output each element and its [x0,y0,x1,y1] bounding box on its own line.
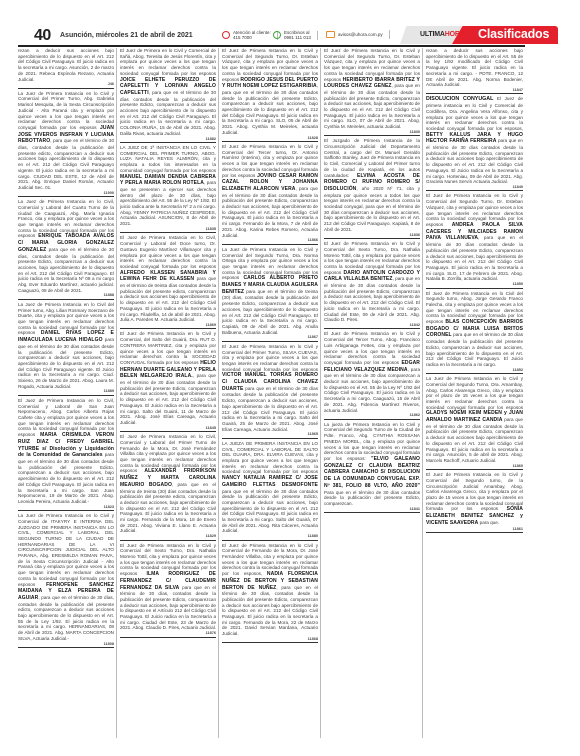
notice-text: El Juez de Primera Instancia en lo Civil… [222,344,318,372]
legal-notice: El Juez de Primera Instancia en lo Civil… [120,331,216,432]
notice-code: 11860 [426,464,523,469]
notice-text: para que en el término de treinta (30) d… [222,289,318,335]
notice-text: LA JUEZA DE PRIMERA INSTANCIA EN LO CIVI… [222,441,318,475]
notice-heading: DISOLUCION CONYUGAL [426,96,493,102]
notice-text: para que en el término de 30 días contad… [426,417,523,463]
section-title: Clasificados [478,27,549,41]
legal-notice: El Juez de Primera Instancia en lo Civil… [324,241,420,329]
notice-code: 11889 [18,389,114,394]
column-2: El Juez de Primera en lo Civil y Comerci… [120,48,219,738]
page-header: 40 Asunción, miércoles 21 de abril de 20… [0,26,580,44]
notice-text: , para que en el término de 30 días cont… [426,235,523,281]
column-3: El Juez de Primera Instancia en lo Civil… [222,48,321,738]
legal-notice: La Juez de Primera Instancia en lo Civil… [18,513,114,648]
notice-text: , para que en el término de 30 días cont… [324,276,420,322]
legal-notice: El Juzgado de Primera Instancia de la Ci… [324,138,420,239]
notice-code: J46 [18,82,114,87]
newspaper-page: 40 Asunción, miércoles 21 de abril de 20… [0,0,580,756]
notice-code: 11840 [426,185,523,190]
legal-notice: El Juez de Primera Instancia en lo Civil… [120,434,216,540]
legal-notice: El Juez de Primera Instancia en lo Civil… [222,344,318,439]
page-number: 40 [34,27,51,45]
legal-notice: El Juez de Primera Instancia en lo Civil… [324,331,420,419]
notice-code: 11842 [324,323,420,328]
contact-email: avisos@uhora.com.py [326,30,390,39]
notice-text: , para que en el término de 30 días cont… [120,373,216,425]
notice-text: para que. [478,520,499,525]
legal-notice: La Juez de Primera Instancia en lo Civil… [18,199,114,300]
column-5: rezan a deducir sus acciones bajo aperci… [426,48,525,738]
notice-code: 11841 [324,507,420,512]
notice-text: , para que en el término de 30 días, con… [18,595,114,641]
notice-text: La Juez de Primera Instancia en lo Civil… [18,513,114,586]
notice-code: 11852 [426,368,523,373]
phone-icon [222,31,230,39]
notice-text: El Juez de Primera Instancia en lo Civil… [120,235,216,269]
contact-whatsapp: Escribinos al 0981 111 013 [273,30,318,40]
legal-notice: El Juez de Primera Instancia en lo Civil… [18,398,114,511]
legal-notice: La jueza de Primera Instancia en lo Civi… [324,422,420,513]
notice-text: para que en el término de 30 días, conta… [18,247,114,293]
notice-text: para que en el término de 30 días contad… [222,489,318,534]
notice-text: para que en el término de 30 días contad… [222,386,318,432]
legal-notice: La Juez de Primera Instancia en lo Civil… [18,302,114,396]
legal-notice: El Juez de Primera Instancia en lo Civil… [222,144,318,245]
legal-notice: LA JUEZA DE PRIMERA INSTANCIA EN LO CIVI… [222,441,318,541]
notice-text: El Juez de Primera en lo Civil y Comerci… [120,48,216,76]
notice-text: , para que en el término de treinta (30)… [120,482,216,534]
notice-text: , para que se presenten a ejercer sus de… [120,180,216,226]
legal-notice: El Juez de Primera Instancia en lo Civil… [120,235,216,329]
notice-text: , para que en el término de 30 días comp… [324,367,420,413]
classified-columns: rezan a deducir sus acciones bajo aperci… [18,48,526,738]
legal-notice: El Juez de Primera Instancia en lo Civil… [222,543,318,644]
notice-code: 11861 [426,527,523,532]
contact-phone: Atención al cliente: 415 7000 [222,30,278,40]
notice-code: 11900 [18,191,114,196]
notice-text: , para que en el término de 30 días cont… [120,90,216,136]
column-1: rezan a deducir sus acciones bajo aperci… [18,48,117,738]
legal-notice: LA JUEZ DE 1ª INSTANCIA EN LO CIVIL Y CO… [120,145,216,233]
legal-notice: El Juez de Primera Instancia en lo Civil… [426,472,523,533]
notice-text: , para que en el término de 30 días, con… [18,138,114,190]
notice-code: 11876 [120,631,216,636]
notice-code: 11830 [324,130,420,135]
notice-text: rezan a deducir sus acciones bajo aperci… [18,48,114,82]
legal-notice: El Juez de Primera Instancia en lo Civil… [120,543,216,638]
legal-notice: La Juez de Primera Instancia en lo Civil… [222,247,318,342]
contact-whatsapp-value: 0981 111 013 [284,35,311,40]
notice-code: 11823 [18,505,114,510]
brand-logo: ULTIMAHORA [420,31,465,38]
notice-text: La Juez de Primera Instancia en lo Civil… [426,376,523,410]
notice-text: , para que en el término de 30 días cont… [222,186,318,238]
legal-notice: La Juez de Primera Instancia en lo Civil… [18,91,114,197]
legal-notice: rezan a deducir sus acciones bajo aperci… [18,48,114,89]
notice-code: 11866 [222,238,318,243]
notice-code: 11829 [120,534,216,539]
notice-code: 11850 [426,282,523,287]
notice-code: 11888 [18,293,114,298]
notice-text: para que en el término de 30 días contad… [18,452,114,504]
notice-code: 11808 [18,642,114,647]
notice-code: 11835 [120,227,216,232]
column-4: El Juez de Primera Instancia en lo Civil… [324,48,423,738]
notice-code: 11847 [426,88,523,93]
notice-text: , para que en el término de 30 días cont… [324,83,420,129]
legal-notice: DISOLUCION CONYUGAL El Juez de primera i… [426,96,523,191]
notice-code: 11862 [324,413,420,418]
notice-parties: MANUEL DAMIAN DENDIA CABRERA Y PERLA MAR… [120,174,216,187]
contact-email-value: avisos@uhora.com.py [338,32,383,37]
legal-notice: El Juez de Primera Instancia en lo Civil… [426,291,523,375]
whatsapp-icon [273,31,281,39]
legal-notice: La Juez de Primera Instancia en lo Civil… [426,376,523,470]
header-rule [18,45,525,47]
notice-code: 11868 [222,637,318,642]
notice-text: , año 2020 Nº 71, cita y emplaza por qui… [324,186,420,232]
notice-text: para que en el término de treinta días c… [120,276,216,322]
legal-notice: El Juez de Primera Instancia en lo Civil… [222,48,318,142]
notice-code: 11869 [120,323,216,328]
notice-text: Para que en el término de 30 días contad… [324,490,420,506]
notice-code: 11867 [222,335,318,340]
notice-text: para que en el término de 30 días contad… [426,138,523,184]
notice-text: rezan a deducir sus acciones bajo aperci… [426,48,523,87]
notice-code: 11882 [120,137,216,142]
notice-code: 11845 [120,426,216,431]
issue-date: Asunción, miércoles 21 de abril de 2021 [60,32,193,39]
contact-phone-value: 415 7000 [233,35,252,40]
notice-code: 11836 [324,233,420,238]
legal-notice: El Juez de Primera en lo Civil y Comerci… [120,48,216,143]
notice-code: 11865 [222,432,318,437]
notice-text: , para que en el término de 30 días cont… [222,83,318,135]
legal-notice: El Juez de Primera Instancia en lo Civil… [426,193,523,288]
legal-notice: El Juez de Primera Instancia en lo Civil… [324,48,420,136]
mail-icon [326,31,335,38]
notice-code: 11828 [222,136,318,141]
notice-text: para que en el término de 30 días contad… [18,337,114,389]
notice-text: LA JUEZ DE 1ª INSTANCIA EN LO CIVIL Y CO… [120,145,216,173]
notice-parties: NANCY NATALIA RAMIREZ C/ JOSE GAMEIRO FL… [222,475,318,488]
notice-text: , para que en el término de 30 días, con… [222,585,318,637]
notice-code: 11880 [222,534,318,539]
notice-text: para que en el término de 30 días, conta… [120,585,216,631]
legal-notice: rezan a deducir sus acciones bajo aperci… [426,48,523,94]
